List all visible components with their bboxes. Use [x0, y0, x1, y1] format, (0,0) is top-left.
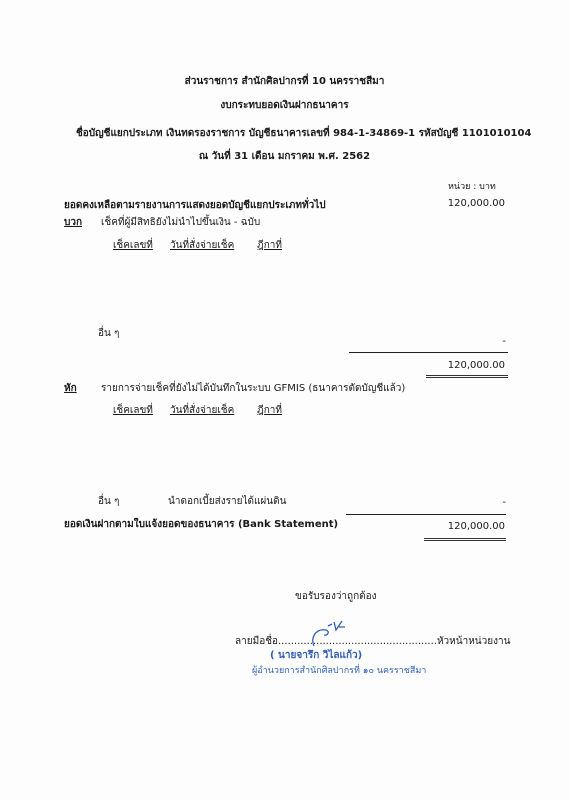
deduct-description: รายการจ่ายเช็คที่ยังไม่ได้บันทึกในระบบ G…: [101, 381, 405, 396]
deduct-other-detail: นำดอกเบี้ยส่งรายได้แผ่นดิน: [168, 494, 286, 509]
certification-statement: ขอรับรองว่าถูกต้อง: [295, 589, 377, 604]
signer-name: ( นายจารึก วิไลแก้ว): [270, 648, 362, 663]
handwritten-signature-icon: [306, 618, 356, 650]
add-col-voucher: ฎีกาที่: [257, 238, 282, 253]
deduct-col-check-date: วันที่สั่งจ่ายเช็ค: [170, 403, 234, 418]
add-subtotal-double-rule: [426, 375, 508, 378]
date-line: ณ วันที่ 31 เดือน มกราคม พ.ศ. 2562: [0, 149, 569, 164]
add-subtotal-amount: 120,000.00: [400, 360, 505, 371]
add-col-check-no: เช็คเลขที่: [113, 238, 153, 253]
agency-name: ส่วนราชการ สำนักศิลปากรที่ 10 นครราชสีมา: [0, 74, 569, 89]
unit-label: หน่วย : บาท: [448, 179, 496, 193]
gl-balance-amount: 120,000.00: [400, 198, 505, 209]
deduct-rule: [346, 514, 506, 515]
deduct-other-amount: -: [440, 497, 506, 508]
signature-line: ลายมือชื่อ..............................…: [235, 634, 510, 649]
document-title: งบกระทบยอดเงินฝากธนาคาร: [0, 98, 569, 113]
signature-prefix: ลายมือชื่อ: [235, 636, 278, 647]
bank-statement-amount: 120,000.00: [400, 521, 505, 532]
signature-suffix: หัวหน้าหน่วยงาน: [437, 636, 511, 647]
account-line: ชื่อบัญชีแยกประเภท เงินทดรองราชการ บัญชี…: [76, 126, 531, 141]
deduct-col-voucher: ฎีกาที่: [257, 403, 282, 418]
deduct-col-check-no: เช็คเลขที่: [113, 403, 153, 418]
bank-statement-label: ยอดเงินฝากตามใบแจ้งยอดของธนาคาร (Bank St…: [64, 517, 338, 532]
deduct-other-label: อื่น ๆ: [98, 494, 119, 509]
add-subtotal-rule: [349, 352, 508, 353]
add-description: เช็คที่ผู้มีสิทธิยังไม่นำไปขึ้นเงิน - ฉบ…: [101, 215, 260, 230]
signature-dots: ........................................…: [278, 636, 437, 647]
gl-balance-label: ยอดคงเหลือตามรายงานการแสดงยอดบัญชีแยกประ…: [64, 198, 326, 213]
add-col-check-date: วันที่สั่งจ่ายเช็ค: [170, 238, 234, 253]
bank-statement-double-rule: [424, 538, 506, 541]
signer-position: ผู้อำนวยการสำนักศิลปากรที่ ๑๐ นครราชสีมา: [252, 663, 426, 677]
add-other-amount: -: [440, 336, 506, 347]
document-page: ส่วนราชการ สำนักศิลปากรที่ 10 นครราชสีมา…: [0, 0, 569, 800]
add-other-label: อื่น ๆ: [98, 326, 119, 341]
deduct-heading: หัก: [64, 381, 77, 396]
add-heading: บวก: [64, 215, 82, 230]
